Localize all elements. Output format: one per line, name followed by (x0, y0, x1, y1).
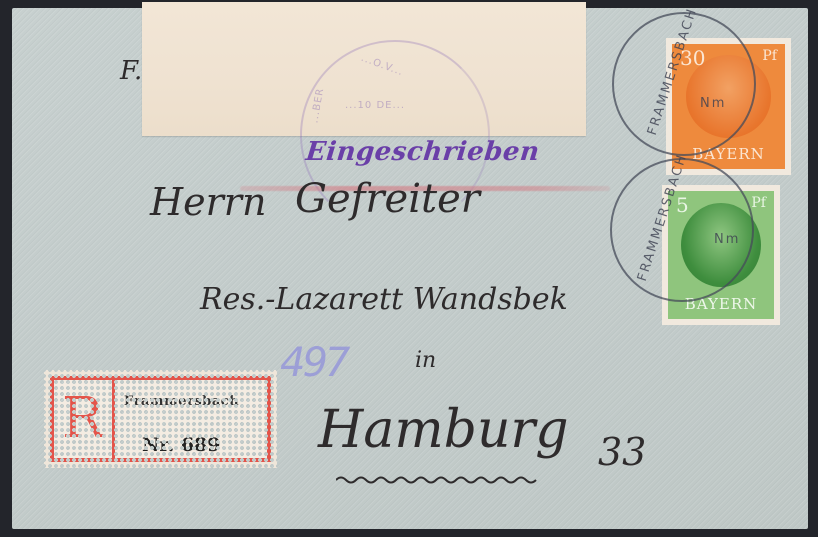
postmark-time: Nm (700, 96, 726, 111)
address-in: in (415, 348, 436, 373)
pencil-note: 497 (280, 340, 347, 386)
stamp-unit: Pf (751, 195, 766, 211)
postmark-time: Nm (714, 232, 740, 247)
stamp-unit: Pf (762, 48, 777, 64)
address-line2: Res.-Lazarett Wandsbek (200, 282, 568, 317)
address-salutation: Herrn (150, 180, 266, 224)
registration-label: R Frammersbach Nr. 689 (44, 370, 277, 468)
faint-stamp-text: ...10 DE... (345, 100, 405, 111)
registration-r-box: R (54, 380, 115, 458)
registration-place: Frammersbach (124, 394, 239, 409)
address-city: Hamburg (318, 400, 569, 460)
registration-letter: R (62, 391, 104, 447)
address-rank: Gefreiter (295, 176, 480, 222)
registration-number: Nr. 689 (142, 434, 221, 456)
sender-mark: F. (120, 56, 142, 86)
registered-handstamp: Eingeschrieben (304, 137, 541, 167)
address-district: 33 (598, 430, 646, 474)
city-underline (336, 473, 546, 487)
